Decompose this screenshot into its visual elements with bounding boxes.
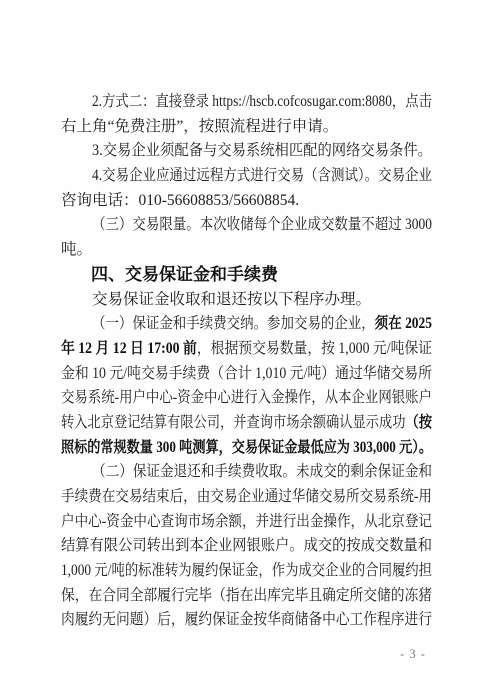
text-segment: （一）保证金和手续费交纳。参加交易的企业，	[92, 315, 375, 332]
page-number: - 3 -	[383, 647, 443, 662]
document-text-line: 年 12 月 12 日 17:00 前，根据预交易数量，按 1,000 元/吨保…	[61, 337, 432, 362]
bold-text-segment: 照标的常规数量 300 吨测算，交易保证金最低应为 303,000 元）。	[61, 439, 432, 456]
line-content: 咨询电话：010-56608853/56608854.	[61, 189, 299, 214]
section-heading: 四、交易保证金和手续费	[61, 263, 432, 288]
document-text-line: （一）保证金和手续费交纳。参加交易的企业，须在 2025	[61, 312, 432, 337]
text-segment: 结算有限公司转出到本企业网银账户。成交的按成交数量和	[61, 537, 432, 554]
line-content: 转入北京登记结算有限公司，并查询市场余额确认显示成功（按	[61, 411, 432, 436]
text-segment: 交易系统-用户中心-资金中心进行入金操作，从本企业网银账户	[61, 389, 432, 406]
document-text-line: 右上角“免费注册”，按照流程进行申请。	[61, 115, 432, 140]
text-block: 2.方式二：直接登录 https://hscb.cofcosugar.com:8…	[61, 90, 432, 633]
document-page: 2.方式二：直接登录 https://hscb.cofcosugar.com:8…	[0, 0, 494, 700]
line-content: 1,000 元/吨的标准转为履约保证金，作为成交企业的合同履约担	[61, 559, 432, 584]
line-content: 结算有限公司转出到本企业网银账户。成交的按成交数量和	[61, 534, 432, 559]
document-text-line: 手续费在交易结束后，由交易企业通过华储交易所交易系统-用	[61, 485, 432, 510]
bold-text-segment: 年 12 月 12 日 17:00 前	[61, 340, 197, 357]
line-content: 保，在合同全部履行完毕（指在出库完毕且确定所交储的冻猪	[61, 584, 432, 609]
text-segment: 1,000 元/吨的标准转为履约保证金，作为成交企业的合同履约担	[61, 562, 432, 579]
document-text-line: 交易系统-用户中心-资金中心进行入金操作，从本企业网银账户	[61, 386, 432, 411]
text-segment: （三）交易限量。本次收储每个企业成交数量不超过 3000	[92, 216, 432, 233]
text-segment: 2.方式二：直接登录 https://hscb.cofcosugar.com:8…	[92, 93, 432, 110]
line-content: 右上角“免费注册”，按照流程进行申请。	[61, 115, 338, 140]
document-text-line: 户中心-资金中心查询市场余额，并进行出金操作，从北京登记	[61, 510, 432, 535]
text-segment: 交易保证金收取和退还按以下程序办理。	[92, 291, 371, 308]
document-text-line: 交易保证金收取和退还按以下程序办理。	[61, 288, 432, 313]
document-text-line: 转入北京登记结算有限公司，并查询市场余额确认显示成功（按	[61, 411, 432, 436]
line-content: 吨。	[61, 238, 92, 263]
text-segment: 手续费在交易结束后，由交易企业通过华储交易所交易系统-用	[61, 488, 432, 505]
document-text-line: 吨。	[61, 238, 432, 263]
line-content: 户中心-资金中心查询市场余额，并进行出金操作，从北京登记	[61, 510, 432, 535]
line-content: 手续费在交易结束后，由交易企业通过华储交易所交易系统-用	[61, 485, 432, 510]
document-text-line: 1,000 元/吨的标准转为履约保证金，作为成交企业的合同履约担	[61, 559, 432, 584]
text-segment: 保，在合同全部履行完毕（指在出库完毕且确定所交储的冻猪	[61, 587, 432, 604]
line-content: 2.方式二：直接登录 https://hscb.cofcosugar.com:8…	[92, 90, 432, 115]
text-segment: 3.交易企业须配备与交易系统相匹配的网络交易条件。	[92, 142, 432, 159]
document-text-line: 咨询电话：010-56608853/56608854.	[61, 189, 432, 214]
text-segment: （二）保证金退还和手续费收取。未成交的剩余保证金和	[92, 463, 432, 480]
line-content: 四、交易保证金和手续费	[91, 263, 278, 288]
bold-text-segment: 四、交易保证金和手续费	[91, 265, 278, 284]
line-content: 交易保证金收取和退还按以下程序办理。	[92, 288, 371, 313]
line-content: 交易系统-用户中心-资金中心进行入金操作，从本企业网银账户	[61, 386, 432, 411]
line-content: 3.交易企业须配备与交易系统相匹配的网络交易条件。	[92, 139, 432, 164]
text-segment: ，根据预交易数量，按 1,000 元/吨保证	[197, 340, 432, 357]
text-segment: 肉履约无问题）后，履约保证金按华商储备中心工作程序进行	[61, 611, 432, 628]
text-segment: 咨询电话：010-56608853/56608854.	[61, 192, 299, 209]
text-segment: 户中心-资金中心查询市场余额，并进行出金操作，从北京登记	[61, 513, 432, 530]
document-text-line: 结算有限公司转出到本企业网银账户。成交的按成交数量和	[61, 534, 432, 559]
line-content: 年 12 月 12 日 17:00 前，根据预交易数量，按 1,000 元/吨保…	[61, 337, 432, 362]
text-segment: 4.交易企业应通过远程方式进行交易（含测试）。交易企业	[92, 167, 432, 184]
document-text-line: （三）交易限量。本次收储每个企业成交数量不超过 3000	[61, 213, 432, 238]
line-content: 照标的常规数量 300 吨测算，交易保证金最低应为 303,000 元）。	[61, 436, 432, 461]
line-content: 4.交易企业应通过远程方式进行交易（含测试）。交易企业	[92, 164, 432, 189]
document-text-line: 金和 10 元/吨交易手续费（合计 1,010 元/吨）通过华储交易所	[61, 362, 432, 387]
document-text-line: 保，在合同全部履行完毕（指在出库完毕且确定所交储的冻猪	[61, 584, 432, 609]
document-text-line: 肉履约无问题）后，履约保证金按华商储备中心工作程序进行	[61, 608, 432, 633]
line-content: （二）保证金退还和手续费收取。未成交的剩余保证金和	[92, 460, 432, 485]
document-text-line: 照标的常规数量 300 吨测算，交易保证金最低应为 303,000 元）。	[61, 436, 432, 461]
line-content: （三）交易限量。本次收储每个企业成交数量不超过 3000	[92, 213, 432, 238]
line-content: 金和 10 元/吨交易手续费（合计 1,010 元/吨）通过华储交易所	[61, 362, 432, 387]
bold-text-segment: 须在 2025	[375, 315, 432, 332]
bold-text-segment: （按	[405, 414, 432, 431]
line-content: （一）保证金和手续费交纳。参加交易的企业，须在 2025	[92, 312, 432, 337]
text-segment: 吨。	[61, 241, 92, 258]
document-text-line: 2.方式二：直接登录 https://hscb.cofcosugar.com:8…	[61, 90, 432, 115]
document-text-line: 3.交易企业须配备与交易系统相匹配的网络交易条件。	[61, 139, 432, 164]
text-segment: 转入北京登记结算有限公司，并查询市场余额确认显示成功	[61, 414, 405, 431]
document-text-line: 4.交易企业应通过远程方式进行交易（含测试）。交易企业	[61, 164, 432, 189]
text-segment: 右上角“免费注册”，按照流程进行申请。	[61, 118, 338, 135]
text-segment: 金和 10 元/吨交易手续费（合计 1,010 元/吨）通过华储交易所	[61, 365, 432, 382]
line-content: 肉履约无问题）后，履约保证金按华商储备中心工作程序进行	[61, 608, 432, 633]
document-text-line: （二）保证金退还和手续费收取。未成交的剩余保证金和	[61, 460, 432, 485]
